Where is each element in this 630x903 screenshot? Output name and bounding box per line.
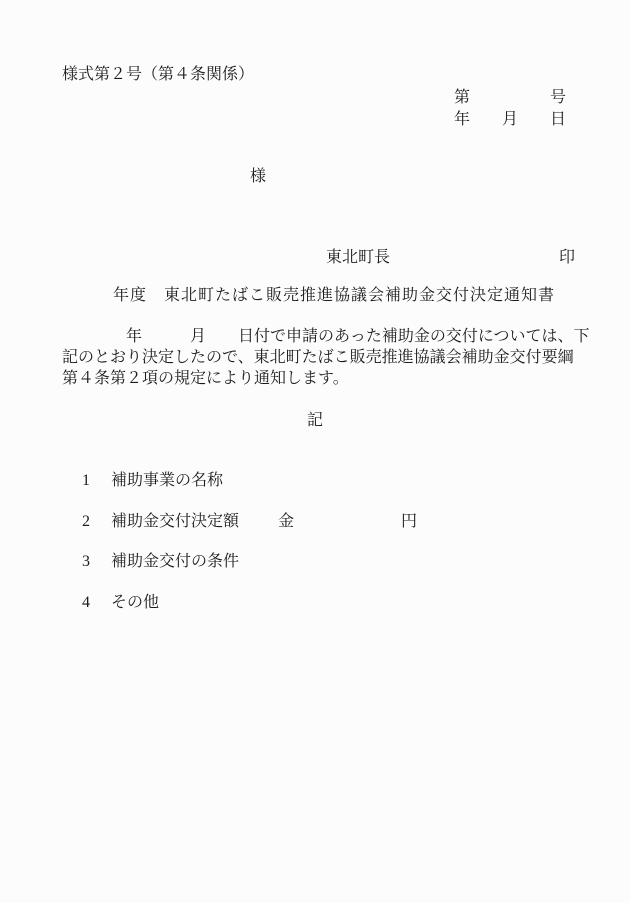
sender-title: 東北町長 (326, 249, 390, 266)
list-item-4: 4その他 (66, 571, 159, 630)
item-number: 1 (82, 472, 111, 490)
item-label: 補助金交付決定額 (111, 513, 239, 530)
item-label: 補助事業の名称 (111, 472, 223, 489)
document-title: 年度 東北町たばこ販売推進協議会補助金交付決定通知書 (113, 282, 555, 305)
document-page: 様式第２号（第４条関係） 第 号 年 月 日 様 東北町長印 年度 東北町たばこ… (0, 0, 630, 903)
reference-number-line: 第 号 (454, 84, 566, 107)
item-number: 2 (82, 513, 111, 531)
amount-prefix: 金 (278, 513, 294, 530)
form-number-label: 様式第２号（第４条関係） (62, 61, 254, 84)
item-number: 3 (82, 553, 111, 571)
item-label: 補助金交付の条件 (111, 553, 239, 570)
item-label: その他 (111, 594, 159, 611)
sender-line: 東北町長印 (310, 226, 575, 285)
addressee-honorific: 様 (250, 163, 266, 186)
date-line: 年 月 日 (454, 106, 566, 129)
seal-mark: 印 (559, 249, 575, 266)
body-paragraph: 年 月 日付で申請のあった補助金の交付については、下 記のとおり決定したので、東… (62, 327, 590, 389)
record-marker: 記 (0, 407, 630, 430)
amount-suffix: 円 (401, 513, 417, 530)
item-number: 4 (82, 594, 111, 612)
